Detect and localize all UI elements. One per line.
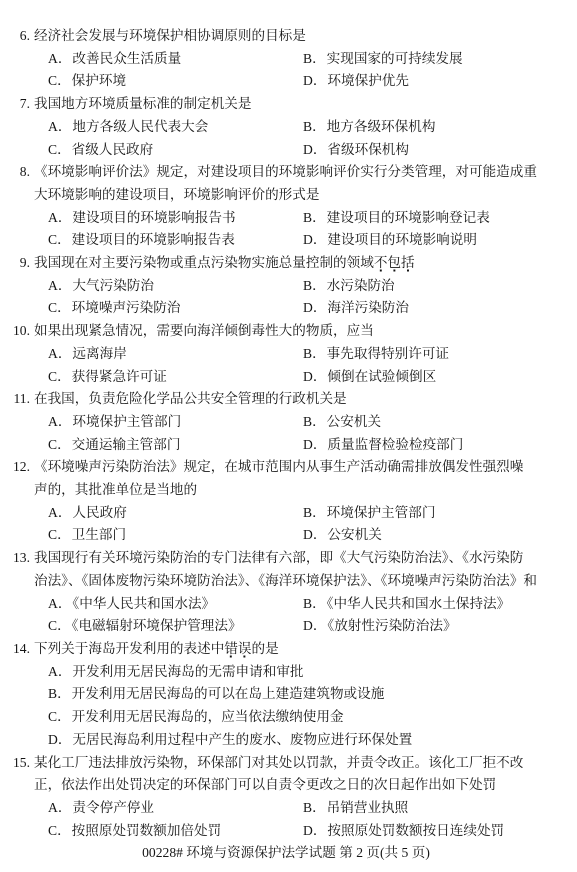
option-label: C．	[48, 437, 71, 452]
option-label: D．	[303, 823, 326, 838]
option-text: 人民政府	[72, 505, 126, 520]
stem-line: 如果出现紧急情况，需要向海洋倾倒毒性大的物质，应当	[34, 320, 572, 343]
option-label: D．	[303, 73, 326, 88]
option: A．地方各级人民代表大会	[48, 116, 303, 139]
option: B．环境保护主管部门	[303, 502, 572, 525]
question-options: A．责令停产停业B．吊销营业执照C．按照原处罚数额加倍处罚D．按照原处罚数额按日…	[34, 797, 572, 842]
question-number: 15.	[0, 752, 30, 775]
stem-emphasized-text: 不包括	[374, 255, 415, 272]
question-stem: 经济社会发展与环境保护相协调原则的目标是	[34, 25, 572, 48]
option-text: 省级人民政府	[72, 142, 154, 157]
question: 12. 《环境噪声污染防治法》规定，在城市范围内从事生产活动确需排放偶发性强烈噪…	[0, 456, 572, 547]
option-label: C．	[48, 142, 71, 157]
stem-text: 我国地方环境质量标准的制定机关是	[34, 96, 252, 111]
option-text: 建设项目的环境影响报告表	[72, 232, 235, 247]
option-label: B．	[303, 51, 326, 66]
option-label: A．	[48, 119, 71, 134]
option: A．开发利用无居民海岛的无需申请和审批	[48, 661, 572, 684]
option-label: A．	[48, 278, 71, 293]
question: 8. 《环境影响评价法》规定，对建设项目的环境影响评价实行分类管理，对可能造成重…	[0, 161, 572, 252]
option-text: 事先取得特别许可证	[327, 346, 449, 361]
option-text: 省级环保机构	[327, 142, 409, 157]
option: A．建设项目的环境影响报告书	[48, 207, 303, 230]
option: B．《中华人民共和国水土保持法》	[303, 593, 572, 616]
question-options: A．人民政府B．环境保护主管部门C．卫生部门D．公安机关	[34, 502, 572, 547]
stem-line: 《环境影响评价法》规定，对建设项目的环境影响评价实行分类管理，对可能造成重	[34, 161, 572, 184]
stem-line: 我国现在对主要污染物或重点污染物实施总量控制的领域不包括	[34, 252, 572, 275]
question-number: 10.	[0, 320, 30, 343]
option-text: 环境噪声污染防治	[72, 300, 181, 315]
question: 9. 我国现在对主要污染物或重点污染物实施总量控制的领域不包括 A．大气污染防治…	[0, 252, 572, 320]
question-number: 14.	[0, 638, 30, 661]
option-label: A．	[48, 664, 71, 679]
question-options: A．《中华人民共和国水法》B．《中华人民共和国水土保持法》C．《电磁辐射环境保护…	[34, 593, 572, 638]
stem-line: 我国地方环境质量标准的制定机关是	[34, 93, 572, 116]
option-text: 《中华人民共和国水土保持法》	[327, 596, 511, 611]
option-text: 交通运输主管部门	[72, 437, 181, 452]
stem-line: 《环境噪声污染防治法》规定，在城市范围内从事生产活动确需排放偶发性强烈噪	[34, 456, 572, 479]
stem-line: 下列关于海岛开发利用的表述中错误的是	[34, 638, 572, 661]
question-number: 13.	[0, 547, 30, 570]
question-body: 我国地方环境质量标准的制定机关是 A．地方各级人民代表大会B．地方各级环保机构C…	[30, 93, 572, 161]
question-number: 6.	[0, 25, 30, 48]
option-label: C．	[48, 527, 71, 542]
option: C．《电磁辐射环境保护管理法》	[48, 615, 303, 638]
option-text: 公安机关	[327, 527, 381, 542]
question-stem: 我国地方环境质量标准的制定机关是	[34, 93, 572, 116]
question-number: 11.	[0, 388, 30, 411]
stem-text: 我国现行有关环境污染防治的专门法律有六部，即《大气污染防治法》、《水污染防	[34, 550, 523, 565]
option-text: 水污染防治	[327, 278, 395, 293]
option-label: C．	[48, 300, 71, 315]
option-label: B．	[48, 686, 71, 701]
question-options: A．环境保护主管部门B．公安机关C．交通运输主管部门D．质量监督检验检疫部门	[34, 411, 572, 456]
option-label: A．	[48, 51, 71, 66]
option-label: A．	[48, 505, 71, 520]
stem-line: 某化工厂违法排放污染物，环保部门对其处以罚款，并责令改正。该化工厂拒不改	[34, 752, 572, 775]
option: D．环境保护优先	[303, 70, 572, 93]
option: A．环境保护主管部门	[48, 411, 303, 434]
option: C．保护环境	[48, 70, 303, 93]
stem-text: 的是	[252, 641, 279, 656]
option-text: 建设项目的环境影响报告书	[72, 210, 235, 225]
option: A．远离海岸	[48, 343, 303, 366]
question-body: 经济社会发展与环境保护相协调原则的目标是 A．改善民众生活质量B．实现国家的可持…	[30, 25, 572, 93]
option: B．建设项目的环境影响登记表	[303, 207, 572, 230]
stem-text: 在我国，负责危险化学品公共安全管理的行政机关是	[34, 391, 347, 406]
option-text: 环境保护主管部门	[72, 414, 181, 429]
question-stem: 《环境影响评价法》规定，对建设项目的环境影响评价实行分类管理，对可能造成重大环境…	[34, 161, 572, 206]
question-list: 6. 经济社会发展与环境保护相协调原则的目标是 A．改善民众生活质量B．实现国家…	[0, 25, 572, 842]
exam-page: 6. 经济社会发展与环境保护相协调原则的目标是 A．改善民众生活质量B．实现国家…	[0, 0, 577, 872]
option: C．环境噪声污染防治	[48, 297, 303, 320]
option-label: D．	[303, 369, 326, 384]
question-options: A．大气污染防治B．水污染防治C．环境噪声污染防治D．海洋污染防治	[34, 275, 572, 320]
question-number: 7.	[0, 93, 30, 116]
question-body: 下列关于海岛开发利用的表述中错误的是 A．开发利用无居民海岛的无需申请和审批B．…	[30, 638, 572, 752]
stem-text: 《环境噪声污染防治法》规定，在城市范围内从事生产活动确需排放偶发性强烈噪	[34, 459, 523, 474]
question-options: A．远离海岸B．事先取得特别许可证C．获得紧急许可证D．倾倒在试验倾倒区	[34, 343, 572, 388]
stem-text: 某化工厂违法排放污染物，环保部门对其处以罚款，并责令改正。该化工厂拒不改	[34, 755, 523, 770]
option-text: 卫生部门	[72, 527, 126, 542]
stem-line: 正，依法作出处罚决定的环保部门可以自责令更改之日的次日起作出如下处罚	[34, 774, 572, 797]
option: A．大气污染防治	[48, 275, 303, 298]
option-text: 环境保护主管部门	[327, 505, 436, 520]
option-text: 《放射性污染防治法》	[327, 618, 456, 633]
stem-text: 经济社会发展与环境保护相协调原则的目标是	[34, 28, 306, 43]
option: B．吊销营业执照	[303, 797, 572, 820]
option-text: 建设项目的环境影响登记表	[327, 210, 490, 225]
option-label: C．	[48, 369, 71, 384]
option-text: 环境保护优先	[327, 73, 409, 88]
stem-text: 治法》、《固体废物污染环境防治法》、《海洋环境保护法》、《环境噪声污染防治法》和	[34, 573, 537, 588]
option-text: 获得紧急许可证	[72, 369, 167, 384]
option: C．建设项目的环境影响报告表	[48, 229, 303, 252]
option-text: 吊销营业执照	[327, 800, 409, 815]
stem-line: 在我国，负责危险化学品公共安全管理的行政机关是	[34, 388, 572, 411]
option-label: B．	[303, 210, 326, 225]
option-text: 无居民海岛利用过程中产生的废水、废物应进行环保处置	[72, 732, 412, 747]
question-stem: 在我国，负责危险化学品公共安全管理的行政机关是	[34, 388, 572, 411]
option: A．《中华人民共和国水法》	[48, 593, 303, 616]
option: B．实现国家的可持续发展	[303, 48, 572, 71]
option-label: D．	[303, 437, 326, 452]
option-label: A．	[48, 800, 71, 815]
option: A．责令停产停业	[48, 797, 303, 820]
option: D．省级环保机构	[303, 139, 572, 162]
question: 15. 某化工厂违法排放污染物，环保部门对其处以罚款，并责令改正。该化工厂拒不改…	[0, 752, 572, 843]
question-number: 8.	[0, 161, 30, 184]
question-stem: 下列关于海岛开发利用的表述中错误的是	[34, 638, 572, 661]
option: D．海洋污染防治	[303, 297, 572, 320]
stem-text: 大环境影响的建设项目，环境影响评价的形式是	[34, 187, 319, 202]
stem-line: 我国现行有关环境污染防治的专门法律有六部，即《大气污染防治法》、《水污染防	[34, 547, 572, 570]
option-label: B．	[303, 278, 326, 293]
question-body: 某化工厂违法排放污染物，环保部门对其处以罚款，并责令改正。该化工厂拒不改正，依法…	[30, 752, 572, 843]
option: C．按照原处罚数额加倍处罚	[48, 820, 303, 843]
question-body: 《环境影响评价法》规定，对建设项目的环境影响评价实行分类管理，对可能造成重大环境…	[30, 161, 572, 252]
option-text: 改善民众生活质量	[72, 51, 181, 66]
option-text: 《中华人民共和国水法》	[72, 596, 215, 611]
stem-line: 治法》、《固体废物污染环境防治法》、《海洋环境保护法》、《环境噪声污染防治法》和	[34, 570, 572, 593]
stem-text: 声的，其批准单位是当地的	[34, 482, 197, 497]
option-label: D．	[303, 300, 326, 315]
option: B．公安机关	[303, 411, 572, 434]
option-label: D．	[48, 732, 71, 747]
option: B．地方各级环保机构	[303, 116, 572, 139]
option-label: D．	[303, 232, 326, 247]
stem-text: 我国现在对主要污染物或重点污染物实施总量控制的领域	[34, 255, 374, 270]
option-text: 按照原处罚数额加倍处罚	[72, 823, 222, 838]
option: D．按照原处罚数额按日连续处罚	[303, 820, 572, 843]
option-text: 质量监督检验检疫部门	[327, 437, 463, 452]
option-label: D．	[303, 142, 326, 157]
question-stem: 我国现行有关环境污染防治的专门法律有六部，即《大气污染防治法》、《水污染防治法》…	[34, 547, 572, 592]
option: D．无居民海岛利用过程中产生的废水、废物应进行环保处置	[48, 729, 572, 752]
option: D．公安机关	[303, 524, 572, 547]
question: 7. 我国地方环境质量标准的制定机关是 A．地方各级人民代表大会B．地方各级环保…	[0, 93, 572, 161]
option-label: C．	[48, 709, 71, 724]
question: 11. 在我国，负责危险化学品公共安全管理的行政机关是 A．环境保护主管部门B．…	[0, 388, 572, 456]
question-body: 我国现行有关环境污染防治的专门法律有六部，即《大气污染防治法》、《水污染防治法》…	[30, 547, 572, 638]
option-label: B．	[303, 346, 326, 361]
option: D．《放射性污染防治法》	[303, 615, 572, 638]
option-label: D．	[303, 527, 326, 542]
option-text: 大气污染防治	[72, 278, 154, 293]
question-body: 如果出现紧急情况，需要向海洋倾倒毒性大的物质，应当 A．远离海岸B．事先取得特别…	[30, 320, 572, 388]
option-label: A．	[48, 596, 71, 611]
question-options: A．建设项目的环境影响报告书B．建设项目的环境影响登记表C．建设项目的环境影响报…	[34, 207, 572, 252]
option-text: 《电磁辐射环境保护管理法》	[72, 618, 242, 633]
option-text: 建设项目的环境影响说明	[327, 232, 477, 247]
option-text: 海洋污染防治	[327, 300, 409, 315]
option-text: 保护环境	[72, 73, 126, 88]
option-label: B．	[303, 800, 326, 815]
option: A．改善民众生活质量	[48, 48, 303, 71]
stem-text: 下列关于海岛开发利用的表述中	[34, 641, 224, 656]
question-stem: 我国现在对主要污染物或重点污染物实施总量控制的领域不包括	[34, 252, 572, 275]
question-stem: 某化工厂违法排放污染物，环保部门对其处以罚款，并责令改正。该化工厂拒不改正，依法…	[34, 752, 572, 797]
option-label: C．	[48, 73, 71, 88]
option-text: 倾倒在试验倾倒区	[327, 369, 436, 384]
option: C．卫生部门	[48, 524, 303, 547]
question-number: 9.	[0, 252, 30, 275]
question-body: 在我国，负责危险化学品公共安全管理的行政机关是 A．环境保护主管部门B．公安机关…	[30, 388, 572, 456]
option-label: A．	[48, 210, 71, 225]
question-options: A．开发利用无居民海岛的无需申请和审批B．开发利用无居民海岛的可以在岛上建造建筑…	[34, 661, 572, 752]
option-label: C．	[48, 618, 71, 633]
page-footer: 00228# 环境与资源保护法学试题 第 2 页(共 5 页)	[0, 842, 572, 865]
option-text: 公安机关	[327, 414, 381, 429]
option-text: 开发利用无居民海岛的无需申请和审批	[72, 664, 303, 679]
stem-line: 大环境影响的建设项目，环境影响评价的形式是	[34, 184, 572, 207]
option: B．开发利用无居民海岛的可以在岛上建造建筑物或设施	[48, 683, 572, 706]
option-label: B．	[303, 119, 326, 134]
option: D．倾倒在试验倾倒区	[303, 366, 572, 389]
stem-text: 《环境影响评价法》规定，对建设项目的环境影响评价实行分类管理，对可能造成重	[34, 164, 537, 179]
question-options: A．改善民众生活质量B．实现国家的可持续发展C．保护环境D．环境保护优先	[34, 48, 572, 93]
option-text: 开发利用无居民海岛的，应当依法缴纳使用金	[72, 709, 344, 724]
question: 10. 如果出现紧急情况，需要向海洋倾倒毒性大的物质，应当 A．远离海岸B．事先…	[0, 320, 572, 388]
option-label: A．	[48, 414, 71, 429]
question-options: A．地方各级人民代表大会B．地方各级环保机构C．省级人民政府D．省级环保机构	[34, 116, 572, 161]
option: D．建设项目的环境影响说明	[303, 229, 572, 252]
option-label: C．	[48, 823, 71, 838]
option-text: 按照原处罚数额按日连续处罚	[327, 823, 504, 838]
option: C．获得紧急许可证	[48, 366, 303, 389]
option-label: B．	[303, 414, 326, 429]
option: B．事先取得特别许可证	[303, 343, 572, 366]
question-body: 我国现在对主要污染物或重点污染物实施总量控制的领域不包括 A．大气污染防治B．水…	[30, 252, 572, 320]
option-label: B．	[303, 596, 326, 611]
stem-line: 声的，其批准单位是当地的	[34, 479, 572, 502]
option: D．质量监督检验检疫部门	[303, 434, 572, 457]
question-stem: 《环境噪声污染防治法》规定，在城市范围内从事生产活动确需排放偶发性强烈噪声的，其…	[34, 456, 572, 501]
option-text: 开发利用无居民海岛的可以在岛上建造建筑物或设施	[72, 686, 385, 701]
option: A．人民政府	[48, 502, 303, 525]
question-number: 12.	[0, 456, 30, 479]
option-text: 远离海岸	[72, 346, 126, 361]
question-body: 《环境噪声污染防治法》规定，在城市范围内从事生产活动确需排放偶发性强烈噪声的，其…	[30, 456, 572, 547]
option-label: D．	[303, 618, 326, 633]
option: C．交通运输主管部门	[48, 434, 303, 457]
stem-emphasized-text: 错误	[224, 641, 251, 658]
stem-text: 如果出现紧急情况，需要向海洋倾倒毒性大的物质，应当	[34, 323, 374, 338]
option-label: C．	[48, 232, 71, 247]
option-text: 实现国家的可持续发展	[327, 51, 463, 66]
option-text: 地方各级环保机构	[327, 119, 436, 134]
option: C．开发利用无居民海岛的，应当依法缴纳使用金	[48, 706, 572, 729]
stem-text: 正，依法作出处罚决定的环保部门可以自责令更改之日的次日起作出如下处罚	[34, 777, 496, 792]
option: C．省级人民政府	[48, 139, 303, 162]
option-text: 责令停产停业	[72, 800, 154, 815]
option-label: B．	[303, 505, 326, 520]
option: B．水污染防治	[303, 275, 572, 298]
question: 14. 下列关于海岛开发利用的表述中错误的是 A．开发利用无居民海岛的无需申请和…	[0, 638, 572, 752]
option-text: 地方各级人民代表大会	[72, 119, 208, 134]
option-label: A．	[48, 346, 71, 361]
stem-line: 经济社会发展与环境保护相协调原则的目标是	[34, 25, 572, 48]
question-stem: 如果出现紧急情况，需要向海洋倾倒毒性大的物质，应当	[34, 320, 572, 343]
question: 6. 经济社会发展与环境保护相协调原则的目标是 A．改善民众生活质量B．实现国家…	[0, 25, 572, 93]
question: 13. 我国现行有关环境污染防治的专门法律有六部，即《大气污染防治法》、《水污染…	[0, 547, 572, 638]
